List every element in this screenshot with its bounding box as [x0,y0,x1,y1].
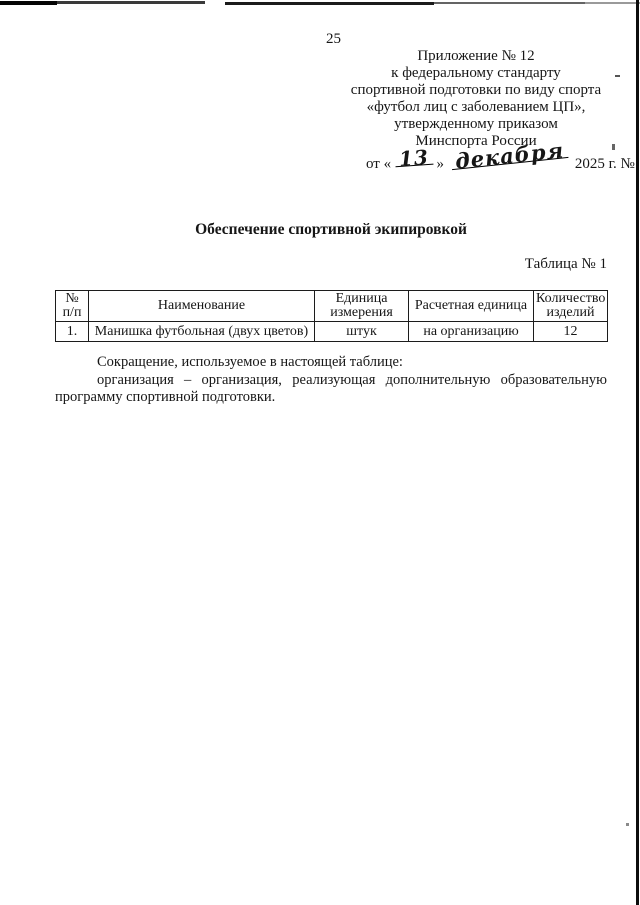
scan-speck [626,823,629,826]
scan-artifact-top-edge [0,1,57,5]
scan-artifact-top-edge [434,2,585,4]
scan-artifact-right-edge [636,0,639,905]
date-prefix: от « [366,156,391,173]
cell-quantity: 12 [534,322,608,342]
col-header-calc-unit: Расчетная единица [409,291,534,322]
col-header-unit: Единица измерения [315,291,409,322]
col-header-number: № п/п [56,291,89,322]
table-row: 1. Манишка футбольная (двух цветов) штук… [56,322,608,342]
document-page: 25 Приложение № 12 к федеральному станда… [0,0,640,905]
cell-unit: штук [315,322,409,342]
cell-row-number: 1. [56,322,89,342]
scan-speck [615,75,620,77]
scan-speck [612,144,615,150]
appendix-line: «футбол лиц с заболеванием ЦП», [350,99,602,116]
notes-block: Сокращение, используемое в настоящей таб… [55,354,607,407]
scan-artifact-top-edge [585,2,640,4]
col-header-name: Наименование [89,291,315,322]
handwritten-month: декабря [450,143,568,170]
scan-artifact-top-edge [225,2,434,5]
note-definition-line1: организация – организация, реализующая д… [55,372,607,390]
col-header-quantity: Количество изделий [534,291,608,322]
appendix-line: к федеральному стандарту [350,65,602,82]
document-title: Обеспечение спортивной экипировкой [55,221,607,239]
date-close-quote: » [436,156,444,173]
scan-artifact-top-edge [57,1,205,4]
appendix-line: Приложение № 12 [350,48,602,65]
cell-calc-unit: на организацию [409,322,534,342]
page-number: 25 [326,31,341,48]
appendix-line: спортивной подготовки по виду спорта [350,82,602,99]
equipment-table: № п/п Наименование Единица измерения Рас… [55,290,608,342]
note-intro: Сокращение, используемое в настоящей таб… [55,354,607,372]
handwritten-day: 13 [394,150,433,168]
note-definition-line2: программу спортивной подготовки. [55,389,607,407]
order-date-line: от « 13 » декабря 2025 г. № 1167 [350,154,602,173]
table-caption: Таблица № 1 [55,256,607,273]
table-header-row: № п/п Наименование Единица измерения Рас… [56,291,608,322]
cell-item-name: Манишка футбольная (двух цветов) [89,322,315,342]
appendix-header: Приложение № 12 к федеральному стандарту… [350,48,602,173]
appendix-line: утвержденному приказом [350,116,602,133]
date-year: 2025 г. № [575,156,635,173]
